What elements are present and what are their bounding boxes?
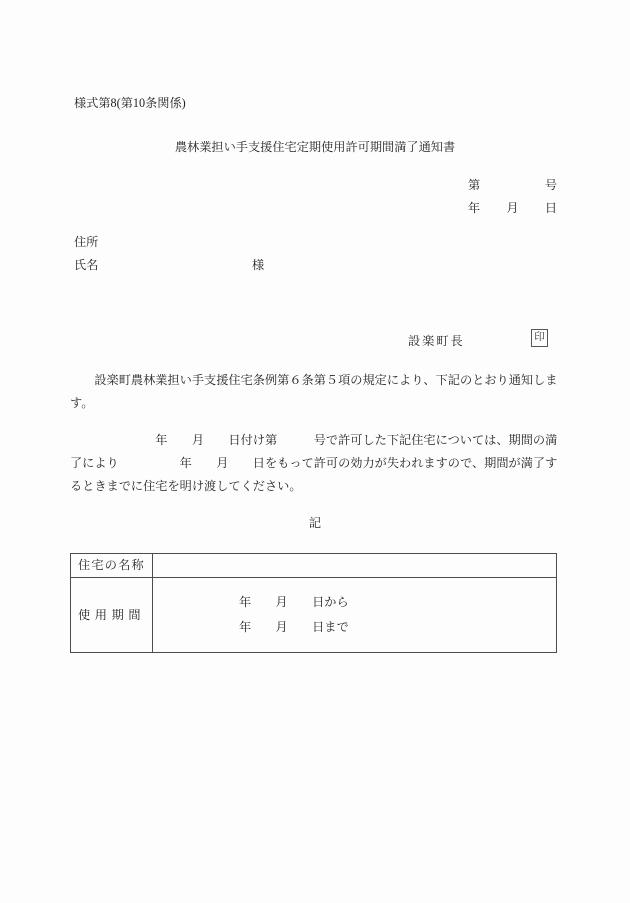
issue-date-line: 年 月 日: [468, 201, 557, 215]
doc-number-prefix: 第: [468, 178, 480, 192]
document-page: 様式第8(第10条関係) 農林業担い手支援住宅定期使用許可期間満了通知書 第 号…: [0, 0, 630, 903]
form-label: 様式第8(第10条関係): [74, 96, 186, 110]
paragraph2-line2: 了により 年 月 日をもって許可の効力が失われますので、期間が満了す: [70, 456, 562, 470]
seal-mark: 印: [534, 332, 545, 344]
use-period-from: 年 月 日から: [239, 590, 556, 615]
date-year-label: 年: [468, 201, 480, 215]
use-period-value: 年 月 日から 年 月 日まで: [153, 578, 556, 652]
date-month-label: 月: [506, 201, 518, 215]
document-title: 農林業担い手支援住宅定期使用許可期間満了通知書: [0, 140, 630, 154]
use-period-to: 年 月 日まで: [239, 615, 556, 640]
housing-name-label: 住宅の名称: [71, 554, 153, 577]
paragraph2-line1: 年 月 日付け第 号で許可した下記住宅については、期間の満: [70, 433, 562, 447]
paragraph2-line3: るときまでに住宅を明け渡してください。: [70, 479, 562, 493]
recipient-name-label: 氏名: [74, 258, 98, 272]
ki-heading: 記: [0, 516, 630, 530]
paragraph1-line1: 設楽町農林業担い手支援住宅条例第６条第５項の規定により、下記のとおり通知しま: [70, 373, 562, 387]
housing-name-value: [153, 554, 556, 577]
date-day-label: 日: [545, 201, 557, 215]
table-row: 住宅の名称: [71, 554, 556, 578]
doc-number-line: 第 号: [468, 178, 557, 192]
seal-box: 印: [531, 329, 548, 347]
recipient-honorific: 様: [252, 258, 264, 272]
table-row: 使用期間 年 月 日から 年 月 日まで: [71, 578, 556, 652]
issuer-title: 設楽町長: [408, 334, 465, 348]
detail-table: 住宅の名称 使用期間 年 月 日から 年 月 日まで: [70, 553, 557, 653]
recipient-address-label: 住所: [74, 235, 98, 249]
use-period-label: 使用期間: [71, 578, 153, 652]
paragraph1-line2: す。: [70, 396, 562, 410]
doc-number-suffix: 号: [545, 178, 557, 192]
